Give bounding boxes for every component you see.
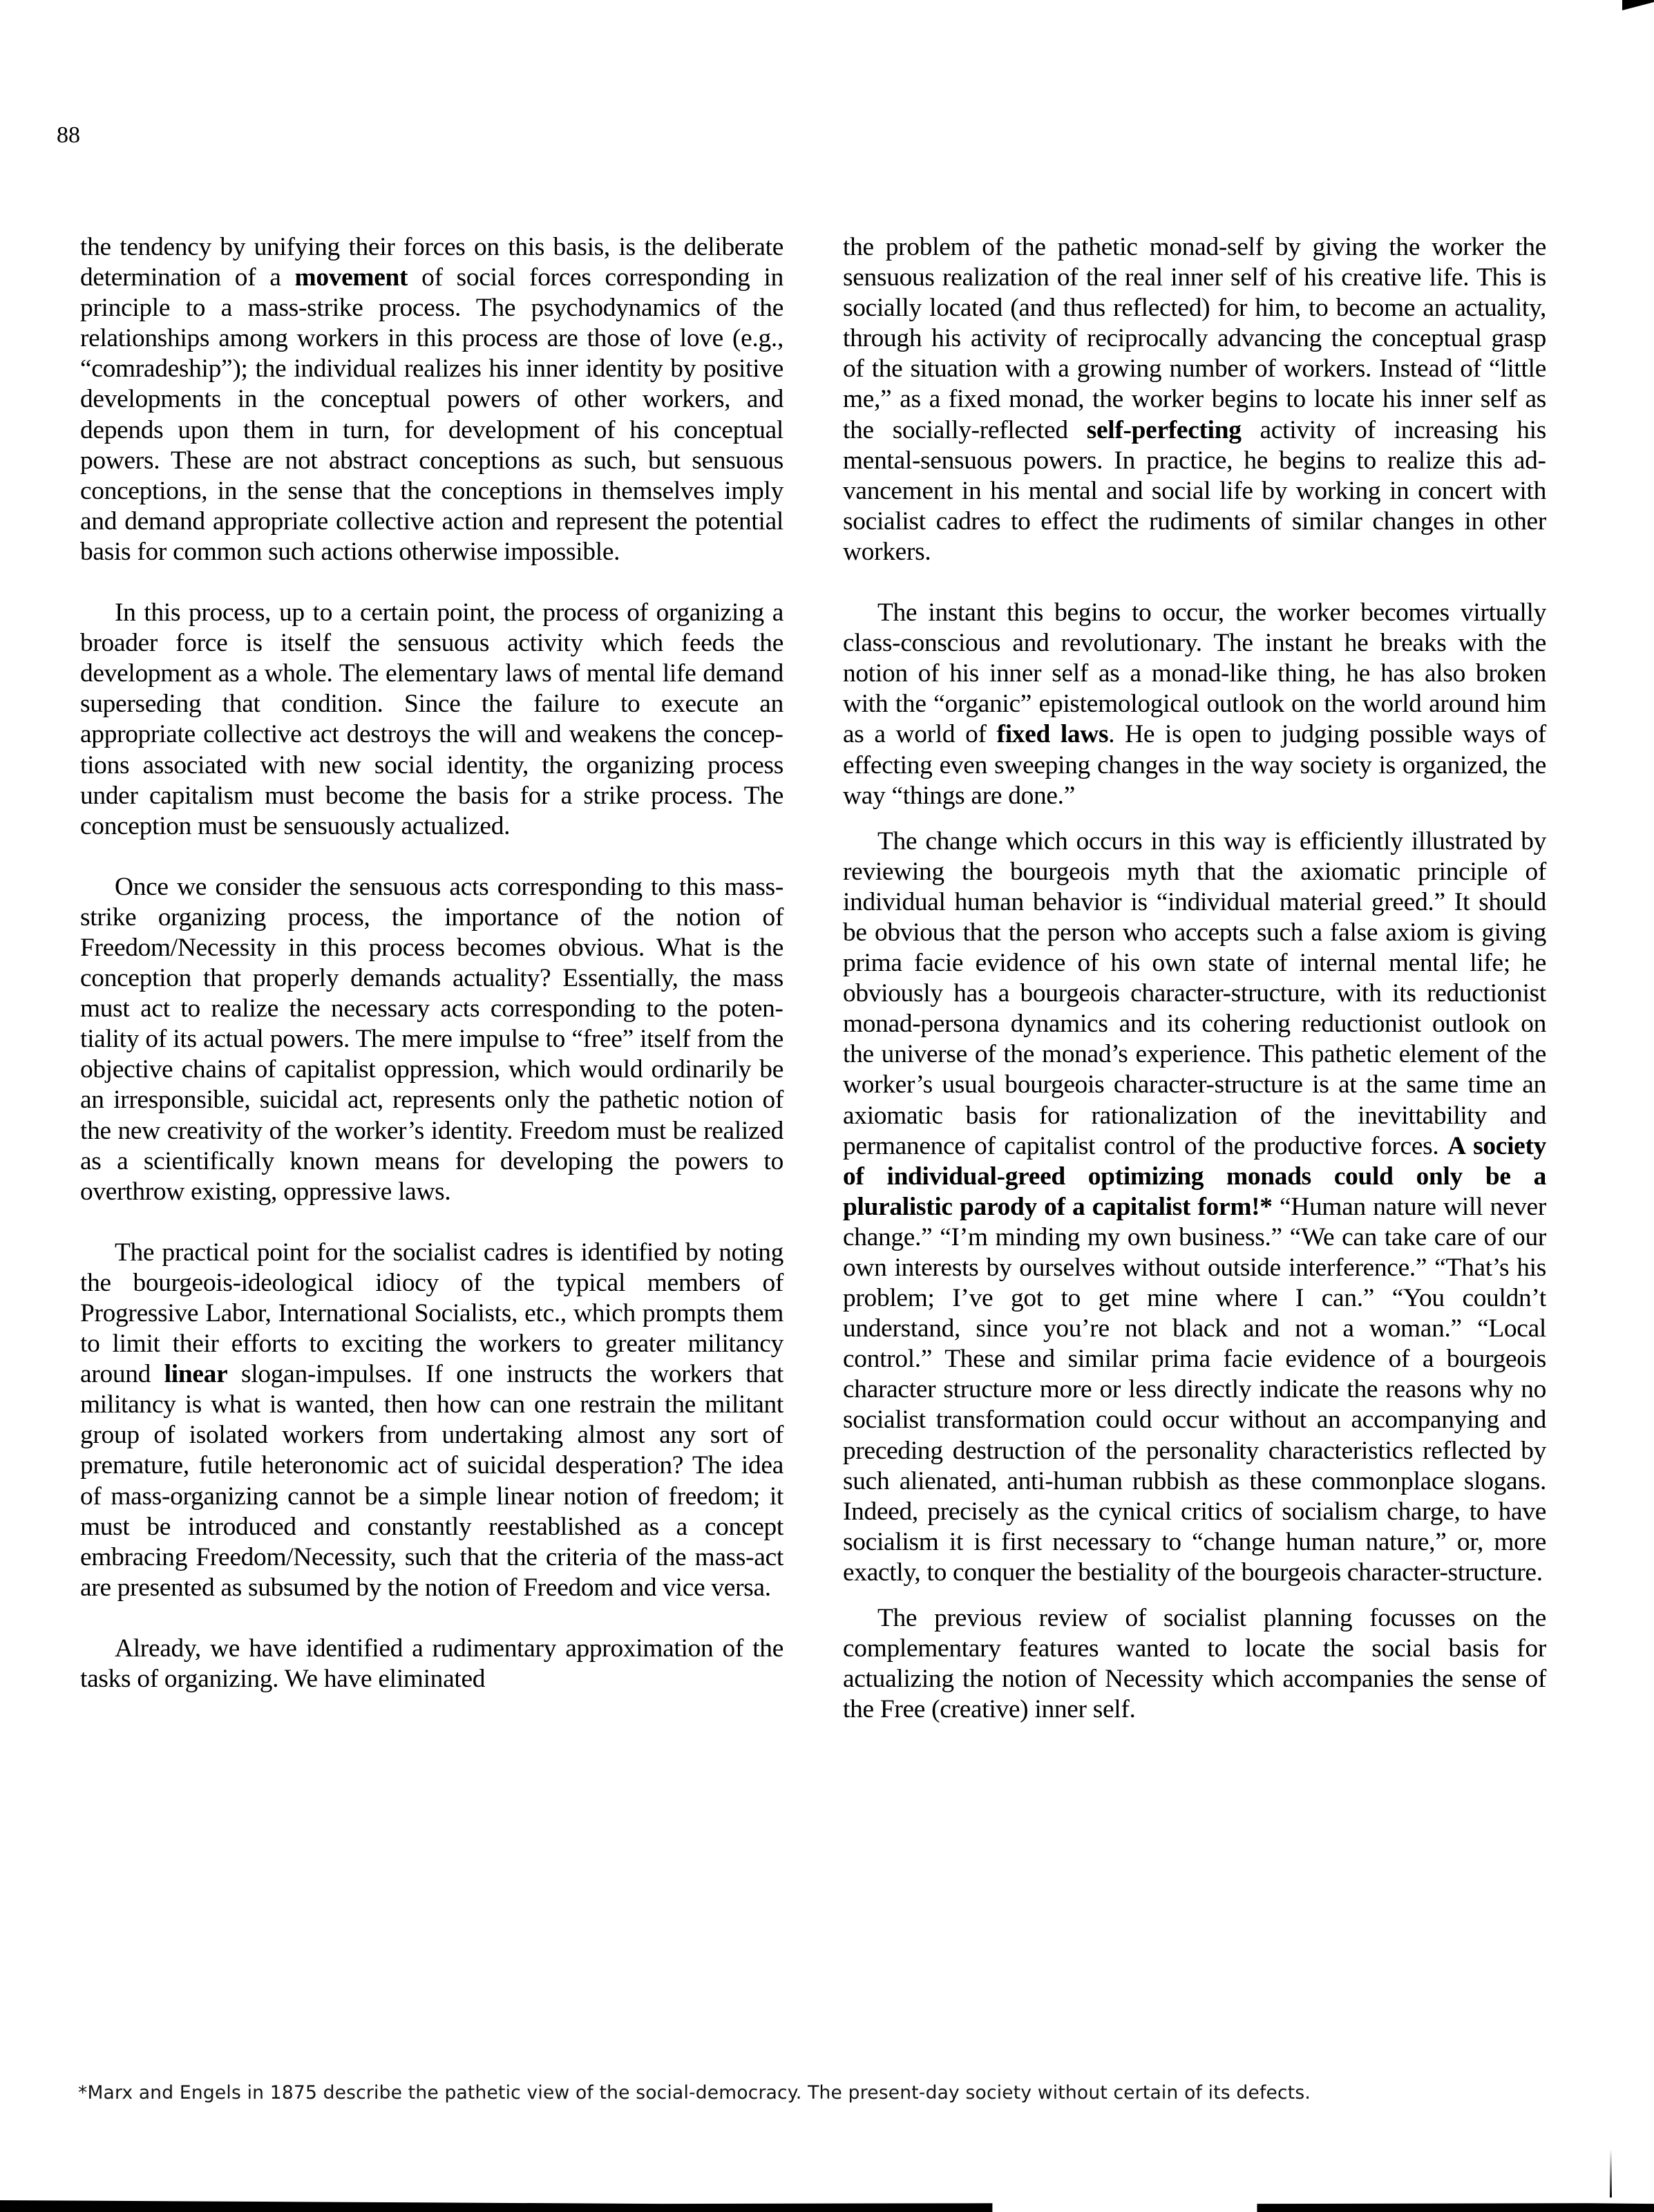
paragraph: The previous review of socialist plannin… (843, 1603, 1546, 1725)
paragraph: the problem of the pathetic monad-self b… (843, 232, 1546, 567)
scan-edge-artifact (1610, 2149, 1612, 2197)
text-run: The change which occurs in this way is e… (843, 827, 1546, 1160)
paragraph: The change which occurs in this way is e… (843, 826, 1546, 1588)
text-run: of social forces corresponding in princi… (80, 263, 783, 566)
right-column: the problem of the pathetic monad-self b… (843, 232, 1546, 1725)
paragraph: the tendency by unifying their forces on… (80, 232, 783, 567)
paragraph: Once we consider the sensuous acts corre… (80, 872, 783, 1207)
left-column: the tendency by unifying their forces on… (80, 232, 783, 1694)
bold-term: fixed laws (997, 720, 1109, 748)
footnote: *Marx and Engels in 1875 describe the pa… (78, 2082, 1557, 2104)
text-run: In this process, up to a certain point, … (80, 598, 783, 840)
paragraph: The instant this begins to occur, the wo… (843, 598, 1546, 811)
paragraph: Already, we have identified a rudimentar… (80, 1634, 783, 1694)
text-run: Once we consider the sensuous acts corre… (80, 873, 783, 1206)
page-number: 88 (57, 122, 80, 149)
text-run: slogan-impulses. If one instructs the wo… (80, 1360, 783, 1602)
scan-corner-mark (1622, 0, 1654, 10)
text-run: “Human nature will never change.” “I’m m… (843, 1193, 1546, 1587)
paragraph: The practical point for the socialist ca… (80, 1238, 783, 1603)
text-run: The previous review of socialist plannin… (843, 1604, 1546, 1723)
bold-term: linear (164, 1360, 228, 1388)
text-run: the problem of the pathetic monad-self b… (843, 233, 1546, 444)
bold-term: movement (294, 263, 408, 292)
bold-term: self-perfecting (1087, 416, 1242, 444)
text-run: Already, we have identified a rudimentar… (80, 1634, 783, 1693)
scan-bottom-edge (0, 2200, 1654, 2212)
paragraph: In this process, up to a certain point, … (80, 598, 783, 842)
